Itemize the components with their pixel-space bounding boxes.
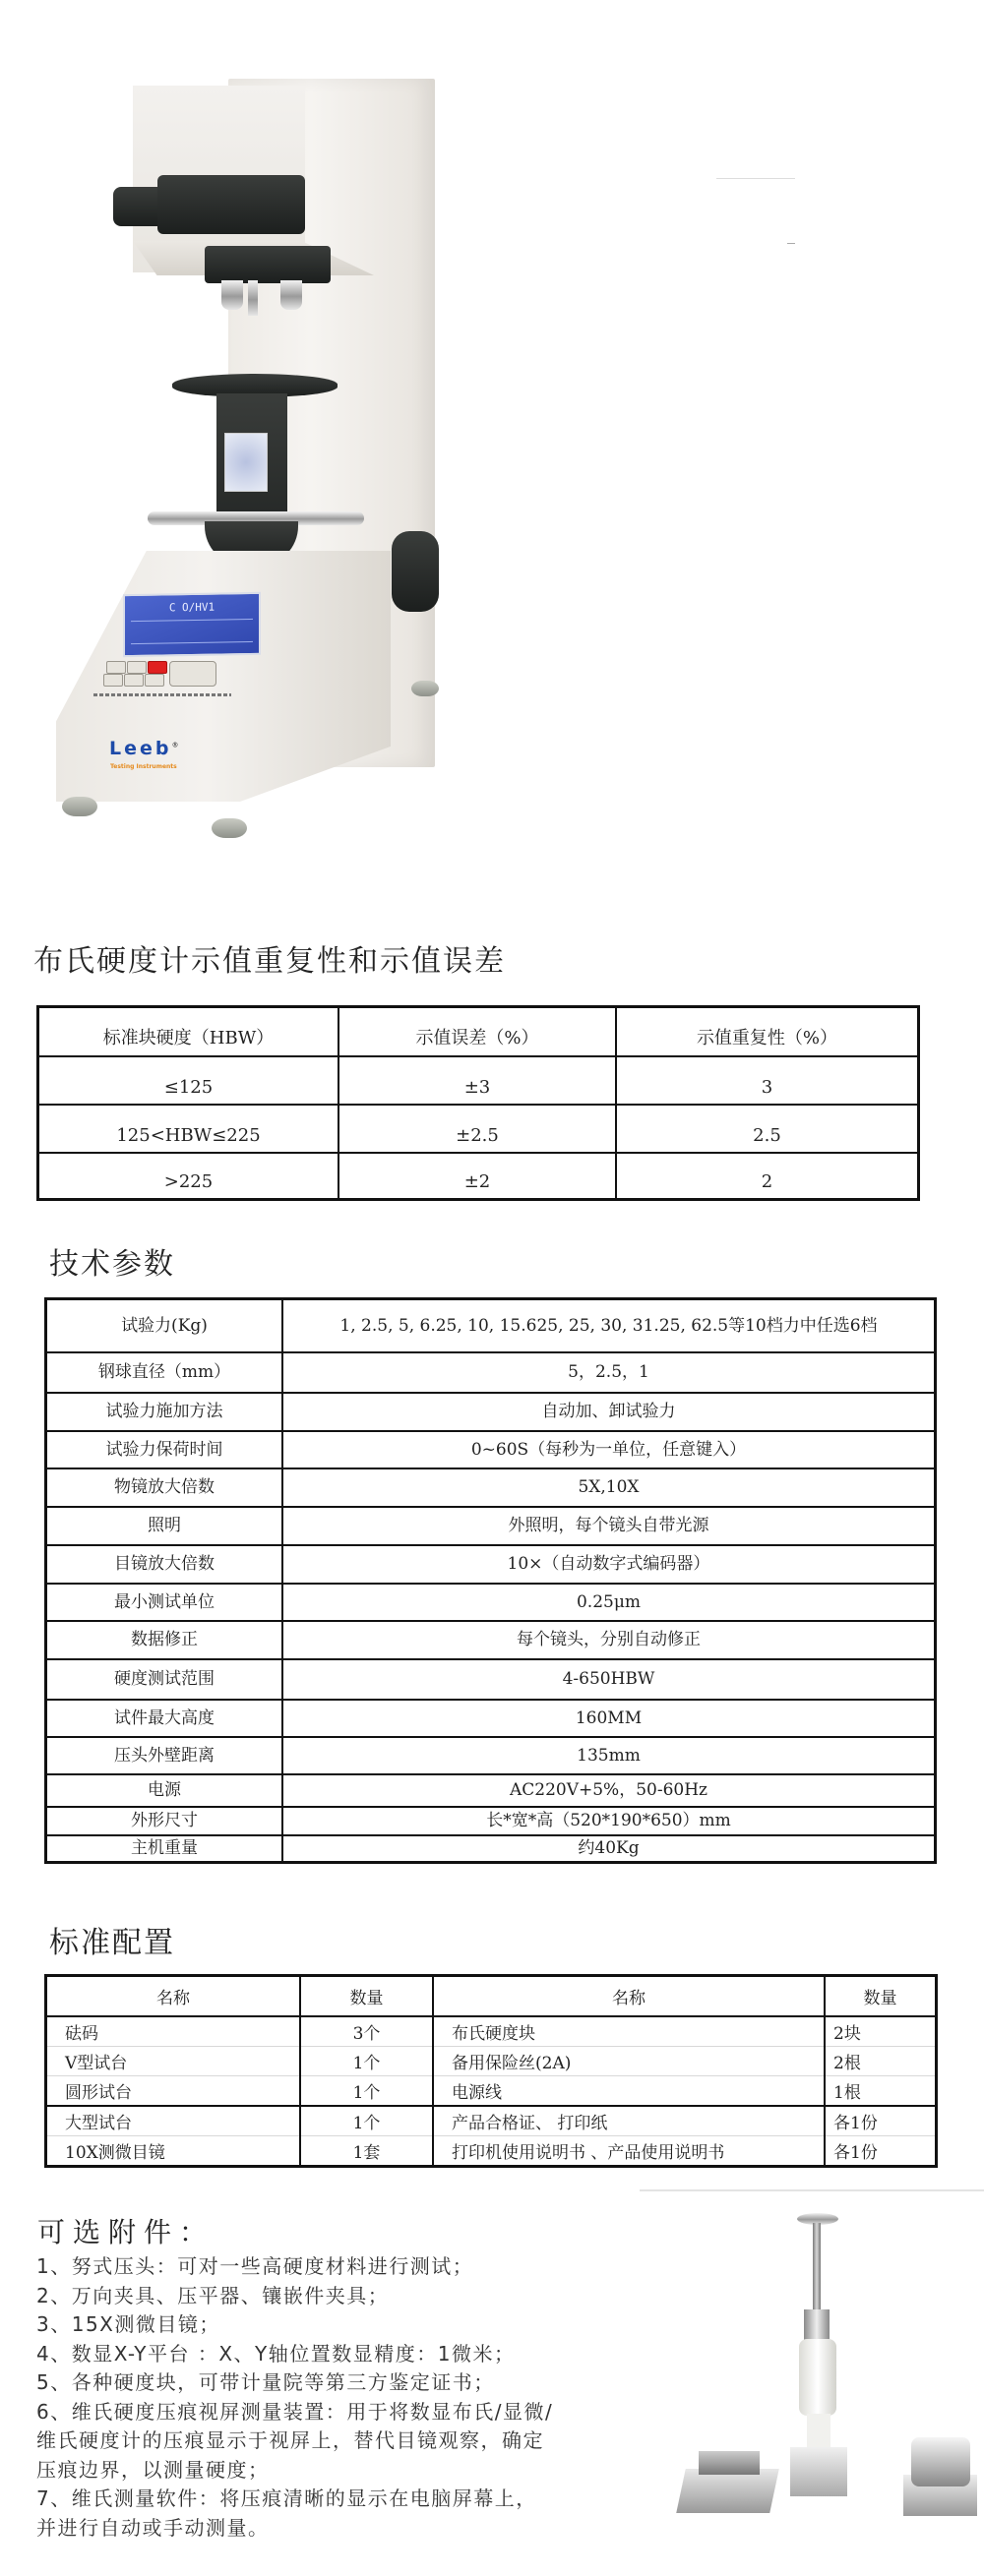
header-cell: 数量 (300, 1976, 433, 2017)
cell: 2 (616, 1153, 919, 1200)
spec-label: 外形尺寸 (46, 1807, 283, 1835)
spec-value: 0.25μm (282, 1584, 936, 1621)
item-qty: 1根 (825, 2076, 937, 2107)
list-item: 压痕边界，以测量硬度； (36, 2456, 627, 2486)
divider-line (640, 2189, 984, 2191)
spec-label: 试验力(Kg) (46, 1299, 283, 1352)
header-cell: 名称 (433, 1976, 825, 2017)
header-cell: 示值误差（%） (338, 1007, 616, 1056)
key-red[interactable] (148, 661, 167, 674)
screw-label (224, 433, 268, 492)
side-knob (392, 531, 439, 612)
foot (212, 818, 247, 838)
config-title: 标准配置 (49, 1918, 175, 1961)
spec-label: 照明 (46, 1507, 283, 1545)
accessories-image (649, 2193, 984, 2576)
list-item: 并进行自动或手动测量。 (36, 2514, 627, 2544)
spec-value: 5X,10X (282, 1468, 936, 1507)
table-row: 圆形试台 1个 电源线 1根 (46, 2076, 937, 2107)
spec-label: 试验力施加方法 (46, 1393, 283, 1431)
press-collar (804, 2309, 830, 2341)
spec-value: 每个镜头，分别自动修正 (282, 1621, 936, 1659)
table-row: 砝码 3个 布氏硬度块 2块 (46, 2016, 937, 2047)
item-name: 打印机使用说明书 、产品使用说明书 (433, 2136, 825, 2167)
objective-lens-left (221, 280, 243, 310)
spec-value: 自动加、卸试验力 (282, 1393, 936, 1431)
list-item: 7、维氏测量软件：将压痕清晰的显示在电脑屏幕上， (36, 2485, 627, 2514)
item-name: 产品合格证、 打印纸 (433, 2106, 825, 2136)
cell: 3 (616, 1056, 919, 1105)
header-cell: 标准块硬度（HBW） (38, 1007, 339, 1056)
spec-label: 数据修正 (46, 1621, 283, 1659)
spec-value: 0~60S（每秒为一单位，任意键入） (282, 1431, 936, 1468)
cell: ±2.5 (338, 1105, 616, 1153)
table-row: 最小测试单位0.25μm (46, 1584, 936, 1621)
table-header-row: 标准块硬度（HBW） 示值误差（%） 示值重复性（%） (38, 1007, 919, 1056)
table-header-row: 名称 数量 名称 数量 (46, 1976, 937, 2017)
key[interactable] (106, 661, 126, 674)
table-row: 试件最大高度160MM (46, 1700, 936, 1737)
indenter (248, 280, 258, 316)
lcd-lines (131, 619, 253, 644)
specs-title: 技术参数 (49, 1239, 175, 1283)
spec-label: 试验力保荷时间 (46, 1431, 283, 1468)
item-qty: 3个 (300, 2016, 433, 2047)
item-qty: 各1份 (825, 2106, 937, 2136)
foot (411, 681, 439, 696)
spec-value: 长*宽*高（520*190*650）mm (282, 1807, 936, 1835)
header-cell: 名称 (46, 1976, 301, 2017)
spec-value: AC220V+5%，50-60Hz (282, 1774, 936, 1807)
spec-label: 最小测试单位 (46, 1584, 283, 1621)
item-qty: 1个 (300, 2076, 433, 2107)
key[interactable] (145, 674, 164, 687)
table-row: 10X测微目镜 1套 打印机使用说明书 、产品使用说明书 各1份 (46, 2136, 937, 2167)
spec-label: 试件最大高度 (46, 1700, 283, 1737)
spec-label: 电源 (46, 1774, 283, 1807)
accessories-title: 可选附件： (37, 2211, 215, 2250)
item-name: 10X测微目镜 (46, 2136, 301, 2167)
table-row: 大型试台 1个 产品合格证、 打印纸 各1份 (46, 2106, 937, 2136)
vise-base (676, 2469, 779, 2513)
item-qty: 2根 (825, 2047, 937, 2076)
list-item: 3、15X测微目镜； (36, 2310, 627, 2340)
stray-mark (716, 178, 795, 179)
spec-label: 压头外壁距离 (46, 1737, 283, 1774)
item-qty: 2块 (825, 2016, 937, 2047)
vise-jaws (699, 2451, 760, 2475)
table-row: 照明外照明，每个镜头自带光源 (46, 1507, 936, 1545)
eyepiece-body (157, 175, 305, 234)
spec-label: 物镜放大倍数 (46, 1468, 283, 1507)
item-qty: 1套 (300, 2136, 433, 2167)
spec-value: 4-650HBW (282, 1659, 936, 1700)
table-row: >225 ±2 2 (38, 1153, 919, 1200)
table-row: ≤125 ±3 3 (38, 1056, 919, 1105)
table-row: 试验力施加方法自动加、卸试验力 (46, 1393, 936, 1431)
table-row: 主机重量约40Kg (46, 1835, 936, 1863)
foot (62, 797, 97, 816)
item-name: 砝码 (46, 2016, 301, 2047)
spec-value: 135mm (282, 1737, 936, 1774)
spec-value: 160MM (282, 1700, 936, 1737)
table-row: 电源AC220V+5%，50-60Hz (46, 1774, 936, 1807)
spec-value: 10×（自动数字式编码器） (282, 1545, 936, 1584)
spec-label: 目镜放大倍数 (46, 1545, 283, 1584)
table-row: 物镜放大倍数5X,10X (46, 1468, 936, 1507)
table-row: 硬度测试范围4-650HBW (46, 1659, 936, 1700)
item-name: 布氏硬度块 (433, 2016, 825, 2047)
cell: ±3 (338, 1056, 616, 1105)
objective-turret (205, 246, 331, 283)
table-row: 125<HBW≤225 ±2.5 2.5 (38, 1105, 919, 1153)
table-row: 压头外壁距离135mm (46, 1737, 936, 1774)
specs-table: 试验力(Kg)1, 2.5, 5, 6.25, 10, 15.625, 25, … (44, 1297, 937, 1864)
table-row: 数据修正每个镜头，分别自动修正 (46, 1621, 936, 1659)
direction-pad[interactable] (169, 661, 216, 687)
list-item: 6、维氏硬度压痕视屏测量装置：用于将数显布氏/显微/ (36, 2398, 627, 2427)
cell: 125<HBW≤225 (38, 1105, 339, 1153)
table-row: 试验力(Kg)1, 2.5, 5, 6.25, 10, 15.625, 25, … (46, 1299, 936, 1352)
spec-value: 外照明，每个镜头自带光源 (282, 1507, 936, 1545)
spec-value: 1, 2.5, 5, 6.25, 10, 15.625, 25, 30, 31.… (282, 1299, 936, 1352)
list-item: 维氏硬度计的压痕显示于视屏上，替代目镜观察，确定 (36, 2426, 627, 2456)
accessories-list: 1、努式压头：可对一些高硬度材料进行测试； 2、万向夹具、压平器、镶嵌件夹具； … (36, 2252, 627, 2543)
press-rod (813, 2223, 821, 2321)
item-qty: 1个 (300, 2047, 433, 2076)
item-qty: 各1份 (825, 2136, 937, 2167)
fixture-ring (911, 2437, 970, 2486)
panel-text-strip (93, 693, 231, 696)
brand-logo: Leeb® (109, 738, 181, 759)
header-cell: 数量 (825, 1976, 937, 2017)
table-row: 试验力保荷时间0~60S（每秒为一单位，任意键入） (46, 1431, 936, 1468)
press-base (790, 2447, 847, 2496)
lcd-text: C O/HV1 (125, 600, 259, 615)
accuracy-title: 布氏硬度计示值重复性和示值误差 (33, 936, 506, 980)
item-name: 备用保险丝(2A) (433, 2047, 825, 2076)
item-name: V型试台 (46, 2047, 301, 2076)
config-table: 名称 数量 名称 数量 砝码 3个 布氏硬度块 2块 V型试台 1个 备用保险丝… (44, 1974, 938, 2168)
spec-label: 钢球直径（mm） (46, 1352, 283, 1393)
key[interactable] (127, 661, 147, 674)
lcd-screen: C O/HV1 (123, 592, 261, 657)
spec-value: 5，2.5，1 (282, 1352, 936, 1393)
list-item: 2、万向夹具、压平器、镶嵌件夹具； (36, 2282, 627, 2311)
header-cell: 示值重复性（%） (616, 1007, 919, 1056)
table-row: 目镜放大倍数10×（自动数字式编码器） (46, 1545, 936, 1584)
key[interactable] (103, 674, 123, 687)
accuracy-table: 标准块硬度（HBW） 示值误差（%） 示值重复性（%） ≤125 ±3 3 12… (36, 1005, 920, 1201)
objective-lens-right (280, 280, 302, 310)
table-row: 外形尺寸长*宽*高（520*190*650）mm (46, 1807, 936, 1835)
cell: 2.5 (616, 1105, 919, 1153)
cell: >225 (38, 1153, 339, 1200)
hardness-tester-image: C O/HV1 Leeb® Testing Instruments (0, 0, 472, 856)
brand-tagline: Testing Instruments (110, 763, 177, 770)
list-item: 4、数显X-Y平台 ：X、Y轴位置数显精度：1微米； (36, 2340, 627, 2369)
key[interactable] (124, 674, 144, 687)
item-qty: 1个 (300, 2106, 433, 2136)
list-item: 1、努式压头：可对一些高硬度材料进行测试； (36, 2252, 627, 2282)
item-name: 电源线 (433, 2076, 825, 2107)
cell: ±2 (338, 1153, 616, 1200)
table-row: V型试台 1个 备用保险丝(2A) 2根 (46, 2047, 937, 2076)
list-item: 5、各种硬度块，可带计量院等第三方鉴定证书； (36, 2368, 627, 2398)
item-name: 圆形试台 (46, 2076, 301, 2107)
stray-mark (787, 243, 795, 244)
cell: ≤125 (38, 1056, 339, 1105)
press-body (799, 2339, 836, 2416)
table-row: 钢球直径（mm）5，2.5，1 (46, 1352, 936, 1393)
spec-value: 约40Kg (282, 1835, 936, 1863)
spec-label: 硬度测试范围 (46, 1659, 283, 1700)
item-name: 大型试台 (46, 2106, 301, 2136)
spec-label: 主机重量 (46, 1835, 283, 1863)
